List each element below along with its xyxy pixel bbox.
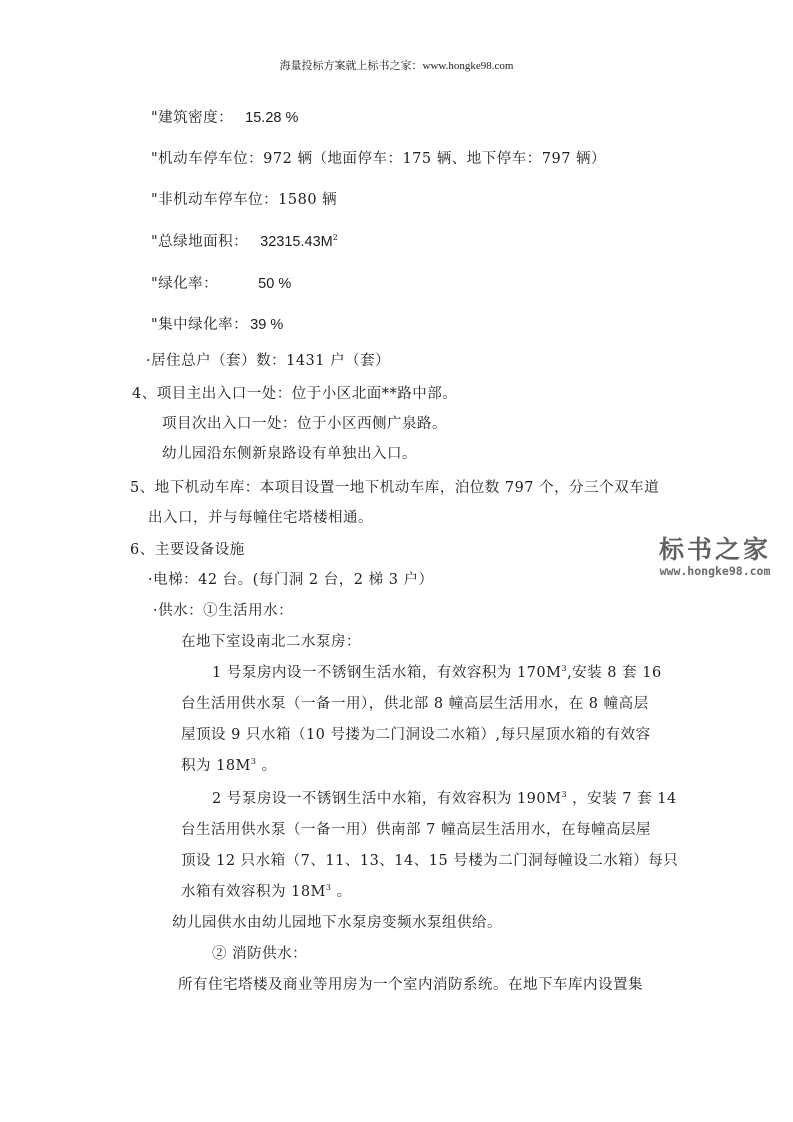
stat-green-rate: "绿化率：50 % bbox=[151, 274, 291, 294]
text: 1 号泵房内设一不锈钢生活水箱，有效容积为 170M bbox=[212, 665, 561, 681]
pump-rooms-line: 在地下室设南北二水泵房： bbox=[181, 632, 361, 652]
stat-motor-parking: "机动车停车位：972 辆（地面停车：175 辆、地下停车：797 辆） bbox=[151, 149, 606, 169]
stat-households: ·居住总户（套）数：1431 户（套） bbox=[146, 351, 390, 371]
text: 水箱有效容积为 18M bbox=[181, 884, 326, 900]
fire-water-line: ② 消防供水： bbox=[212, 944, 307, 964]
section-text: 项目主出入口一处：位于小区北面**路中部。 bbox=[157, 386, 458, 402]
pump-2-line-3: 顶设 12 只水箱（7、11、13、14、15 号楼为二门洞每幢设二水箱）每只 bbox=[181, 851, 678, 871]
stat-central-green-rate: "集中绿化率：39 % bbox=[151, 315, 283, 335]
section-number: 5、 bbox=[130, 480, 155, 496]
stat-value: 32315.43M bbox=[260, 234, 333, 250]
section-4-line-3: 幼儿园沿东侧新泉路设有单独出入口。 bbox=[162, 444, 417, 464]
water-supply-line: ·供水：①生活用水： bbox=[153, 601, 293, 621]
page-header: 海量投标方案就上标书之家：www.hongke98.com bbox=[0, 57, 793, 73]
stat-value: 1580 辆 bbox=[278, 192, 337, 208]
text: ，安装 7 套 14 bbox=[567, 791, 677, 807]
stat-label: 非机动车停车位： bbox=[158, 192, 278, 208]
text: 。 bbox=[257, 758, 277, 774]
text: 2 号泵房设一不锈钢生活中水箱，有效容积为 190M bbox=[212, 791, 561, 807]
pump-2-line-1: 2 号泵房设一不锈钢生活中水箱，有效容积为 190M3 ，安装 7 套 14 bbox=[212, 789, 677, 809]
watermark-logo: 标书之家 www.hongke98.com bbox=[640, 536, 790, 578]
pump-2-line-2: 台生活用供水泵（一备一用）供南部 7 幢高层生活用水，在每幢高层屋 bbox=[181, 820, 651, 840]
text: 积为 18M bbox=[181, 758, 251, 774]
section-6-title: 6、主要设备设施 bbox=[130, 540, 245, 560]
stat-label: 总绿地面积： bbox=[158, 234, 248, 250]
pump-1-line-3: 屋顶设 9 只水箱（10 号搂为二门洞设二水箱）,每只屋顶水箱的有效容 bbox=[181, 725, 651, 745]
section-5-line-2: 出入口，并与每幢住宅塔楼相通。 bbox=[148, 508, 373, 528]
watermark-title: 标书之家 bbox=[640, 536, 790, 564]
stat-value: 972 辆（地面停车：175 辆、地下停车：797 辆） bbox=[263, 151, 606, 167]
watermark-url: www.hongke98.com bbox=[640, 564, 790, 578]
text: ,安装 8 套 16 bbox=[567, 665, 662, 681]
stat-value: 1431 户（套） bbox=[286, 353, 390, 369]
stat-label: 建筑密度： bbox=[158, 110, 233, 126]
stat-label: 集中绿化率： bbox=[158, 317, 248, 333]
fire-desc-line: 所有住宅塔楼及商业等用房为一个室内消防系统。在地下车库内设置集 bbox=[178, 975, 643, 995]
stat-value: 50 % bbox=[258, 276, 291, 292]
superscript: 2 bbox=[333, 233, 339, 242]
pump-2-line-4: 水箱有效容积为 18M3 。 bbox=[181, 882, 352, 902]
section-number: 4、 bbox=[132, 386, 157, 402]
stat-green-area: "总绿地面积：32315.43M2 bbox=[151, 232, 338, 252]
pump-1-line-2: 台生活用供水泵（一备一用），供北部 8 幢高层生活用水，在 8 幢高层 bbox=[181, 694, 649, 714]
stat-value: 15.28 % bbox=[245, 110, 298, 126]
stat-label: 机动车停车位： bbox=[158, 151, 263, 167]
section-4-line-1: 4、项目主出入口一处：位于小区北面**路中部。 bbox=[132, 384, 457, 404]
pump-1-line-4: 积为 18M3 。 bbox=[181, 756, 277, 776]
section-5-line-1: 5、地下机动车库：本项目设置一地下机动车库，泊位数 797 个，分三个双车道 bbox=[130, 478, 659, 498]
section-4-line-2: 项目次出入口一处：位于小区西侧广泉路。 bbox=[162, 414, 447, 434]
text: 。 bbox=[332, 884, 352, 900]
stat-label: 绿化率： bbox=[158, 276, 218, 292]
stat-building-density: "建筑密度：15.28 % bbox=[151, 108, 298, 128]
stat-value: 39 % bbox=[250, 317, 283, 333]
stat-non-motor-parking: "非机动车停车位：1580 辆 bbox=[151, 190, 337, 210]
pump-1-line-1: 1 号泵房内设一不锈钢生活水箱，有效容积为 170M3,安装 8 套 16 bbox=[212, 663, 662, 683]
stat-label: 居住总户（套）数： bbox=[151, 353, 286, 369]
kindergarten-water-line: 幼儿园供水由幼儿园地下水泵房变频水泵组供给。 bbox=[172, 913, 502, 933]
section-number: 6、 bbox=[130, 542, 155, 558]
elevator-line: ·电梯：42 台。(每门洞 2 台，2 梯 3 户） bbox=[148, 570, 434, 590]
section-text: 地下机动车库：本项目设置一地下机动车库，泊位数 797 个，分三个双车道 bbox=[155, 480, 659, 496]
section-text: 主要设备设施 bbox=[155, 542, 245, 558]
